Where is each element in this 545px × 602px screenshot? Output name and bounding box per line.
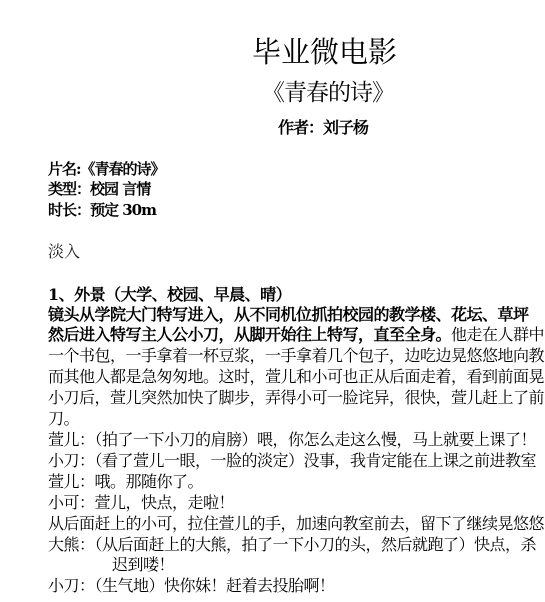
duration-line: 时长：预定 30m	[48, 203, 156, 218]
dialogue-line: 萱儿：（拍了一下小刀的肩膀）喂，你怎么走这么慢，马上就要上课了！	[48, 432, 536, 448]
document-page: 毕业微电影 《青春的诗》 作者：刘子杨 片名:《青春的诗》 类型：校园 言情 时…	[0, 0, 545, 602]
dialogue-line: 小刀：（看了萱儿一眼，一脸的淡定）没事，我肯定能在上课之前进教室	[48, 453, 536, 469]
document-title: 毕业微电影	[252, 38, 397, 67]
author-line: 作者：刘子杨	[278, 120, 368, 136]
dialogue-line: 大熊：（从后面赶上的大熊，拍了一下小刀的头，然后就跑了）快点，杀	[48, 537, 536, 553]
film-name-line: 片名:《青春的诗》	[48, 162, 165, 177]
scene-text-line: 小刀后，萱儿突然加快了脚步，弄得小可一脸诧异，很快，萱儿赶上了前	[48, 390, 544, 406]
scene-text-normal: 他走在人群中	[451, 325, 544, 344]
genre-line: 类型：校园 言情	[48, 182, 150, 197]
dialogue-line: 小可：萱儿，快点，走啦！	[48, 495, 234, 511]
dialogue-continuation: 迟到喽！	[112, 557, 174, 573]
document-subtitle: 《青春的诗》	[262, 82, 394, 105]
scene-text-line: 一个书包，一手拿着一杯豆浆，一手拿着几个包子，边吃边晃悠悠地向教	[48, 348, 544, 364]
scene-text-line: 镜头从学院大门特写进入，从不同机位抓拍校园的教学楼、花坛、草坪	[48, 307, 529, 323]
scene-heading: 1、外景（大学、校园、早晨、晴）	[48, 287, 291, 303]
fade-in-label: 淡入	[48, 244, 80, 260]
scene-text-line: 刀。	[48, 411, 79, 427]
scene-text-line: 从后面赶上的小可，拉住萱儿的手，加速向教室前去，留下了继续晃悠悠	[48, 516, 544, 532]
scene-text-bold: 然后进入特写主人公小刀，从脚开始往上特写，直至全身。	[48, 325, 451, 344]
scene-text-line: 而其他人都是急匆匆地。这时，萱儿和小可也正从后面走着，看到前面晃	[48, 369, 544, 385]
dialogue-line: 萱儿：哦。那随你了。	[48, 474, 203, 490]
dialogue-line: 小刀：（生气地）快你妹！赶着去投胎啊！	[48, 578, 335, 594]
scene-text-line: 然后进入特写主人公小刀，从脚开始往上特写，直至全身。他走在人群中	[48, 327, 544, 343]
